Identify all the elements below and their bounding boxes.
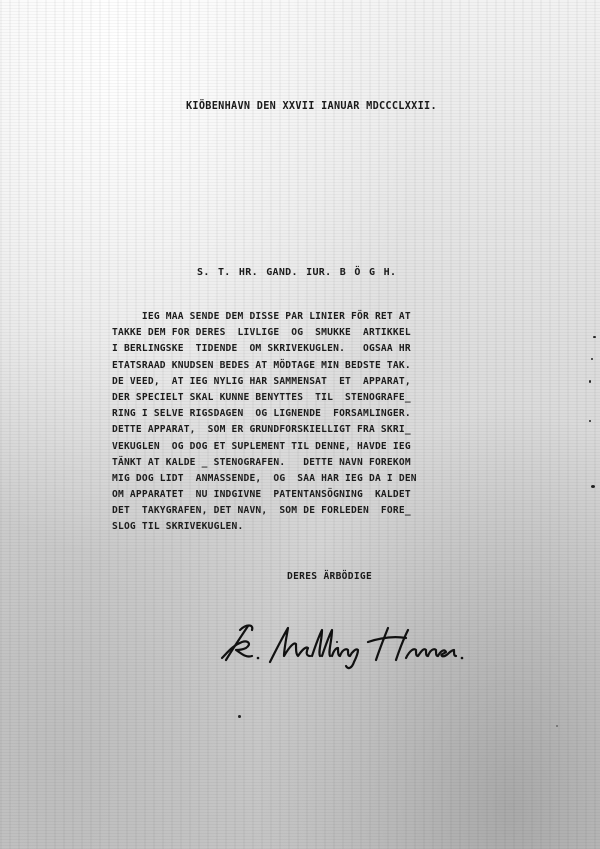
paper-speck: [238, 715, 241, 718]
body-line: SLOG TIL SKRIVEKUGLEN.: [112, 519, 472, 535]
body-line: MIG DOG LIDT ANMASSENDE, OG SAA HAR IEG …: [112, 471, 472, 487]
body-line: DETTE APPARAT, SOM ER GRUNDFORSKIELLIGT …: [112, 422, 472, 438]
body-line: DE VEED, AT IEG NYLIG HAR SAMMENSAT ET A…: [112, 374, 472, 390]
letter-body: IEG MAA SENDE DEM DISSE PAR LINIER FÖR R…: [112, 309, 472, 536]
margin-marks: [585, 310, 600, 510]
body-line: DER SPECIELT SKAL KUNNE BENYTTES TIL STE…: [112, 390, 472, 406]
body-line: VEKUGLEN OG DOG ET SUPLEMENT TIL DENNE, …: [112, 439, 472, 455]
body-line: TAKKE DEM FOR DERES LIVLIGE OG SMUKKE AR…: [112, 325, 472, 341]
body-line: DET TAKYGRAFEN, DET NAVN, SOM DE FORLEDE…: [112, 503, 472, 519]
body-line: ETATSRAAD KNUDSEN BEDES AT MÖDTAGE MIN B…: [112, 358, 472, 374]
handwritten-signature: [218, 620, 468, 670]
dateline: KIÖBENHAVN DEN XXVII IANUAR MDCCCLXXII.: [186, 101, 437, 112]
body-line: OM APPARATET NU INDGIVNE PATENTANSÖGNING…: [112, 487, 472, 503]
paper-speck: [556, 725, 558, 727]
body-line: I BERLINGSKE TIDENDE OM SKRIVEKUGLEN. OG…: [112, 341, 472, 357]
closing: DERES ÄRBÖDIGE: [287, 571, 372, 582]
salutation: S. T. HR. GAND. IUR. B Ö G H.: [197, 267, 396, 278]
body-line: IEG MAA SENDE DEM DISSE PAR LINIER FÖR R…: [112, 309, 472, 325]
body-line: TÄNKT AT KALDE _ STENOGRAFEN. DETTE NAVN…: [112, 455, 472, 471]
body-line: RING I SELVE RIGSDAGEN OG LIGNENDE FORSA…: [112, 406, 472, 422]
letter-page: KIÖBENHAVN DEN XXVII IANUAR MDCCCLXXII. …: [0, 0, 600, 849]
